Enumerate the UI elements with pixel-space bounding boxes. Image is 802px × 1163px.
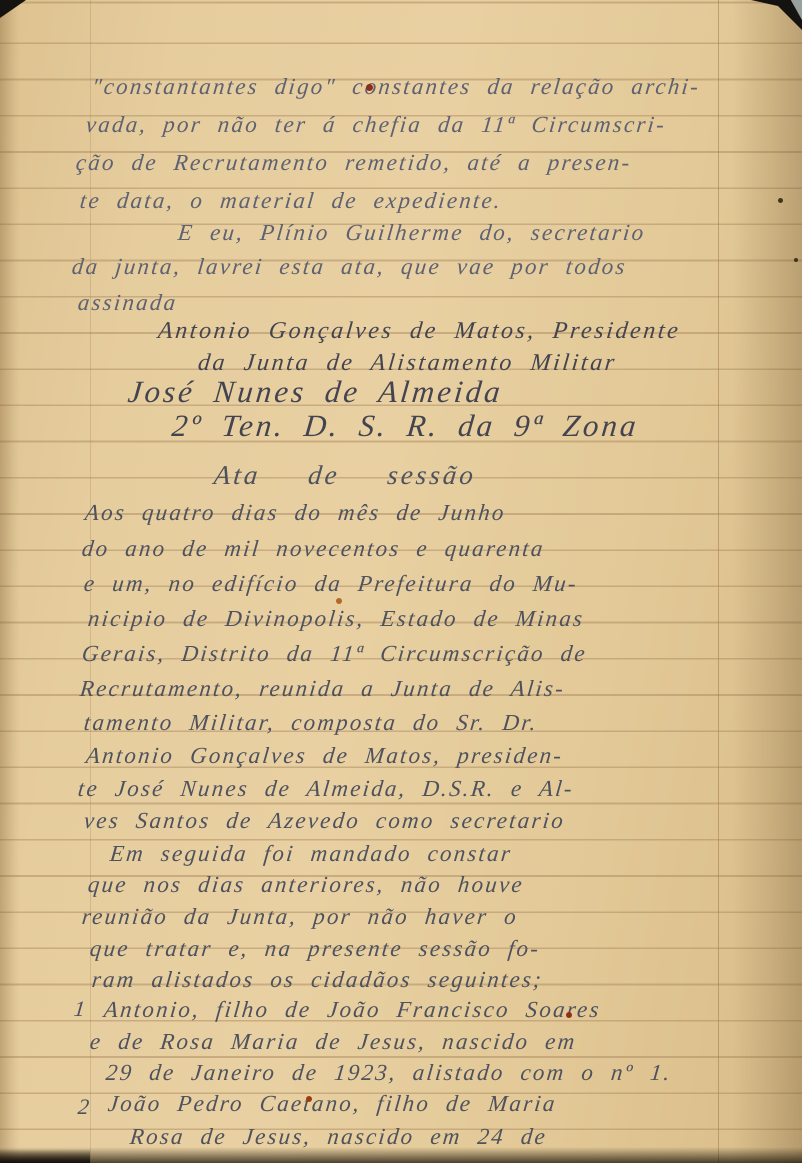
paper-stain (566, 1012, 572, 1018)
paper-stain (306, 1096, 312, 1102)
list-item-number: 1 (73, 996, 87, 1022)
manuscript-line: ção de Recrutamento remetido, até a pres… (75, 150, 633, 176)
signature-officer: José Nunes de Almeida (126, 374, 505, 410)
right-margin-rule (718, 0, 719, 1163)
list-item-number: 2 (77, 1094, 91, 1120)
list-item-line: João Pedro Caetano, filho de Maria (107, 1091, 558, 1117)
manuscript-line: Aos quatro dias do mês de Junho (84, 500, 507, 526)
manuscript-line: assinada (77, 290, 179, 316)
manuscript-line: "constantantes digo" constantes da relaç… (91, 74, 702, 100)
binding-edge (0, 0, 20, 1163)
manuscript-page: "constantantes digo" constantes da relaç… (0, 0, 802, 1163)
manuscript-line: E eu, Plínio Guilherme do, secretario (177, 220, 647, 246)
paper-stain (336, 598, 342, 604)
manuscript-line: reunião da Junta, por não haver o (81, 904, 520, 930)
manuscript-line: ram alistados os cidadãos seguintes; (91, 967, 545, 993)
manuscript-line: nicipio de Divinopolis, Estado de Minas (87, 606, 586, 632)
section-heading: Ata de sessão (212, 460, 477, 491)
list-item-line: Antonio, filho de João Francisco Soares (103, 997, 602, 1023)
manuscript-line: Recrutamento, reunida a Junta de Alis- (79, 676, 567, 702)
manuscript-line: e um, no edifício da Prefeitura do Mu- (83, 571, 580, 597)
signature-president-title: da Junta de Alistamento Militar (197, 350, 619, 377)
manuscript-line: tamento Militar, composta do Sr. Dr. (83, 710, 540, 736)
signature-president: Antonio Gonçalves de Matos, Presidente (157, 318, 682, 345)
manuscript-line: Em seguida foi mandado constar (109, 841, 514, 867)
manuscript-line: Gerais, Distrito da 11ª Circumscrição de (81, 641, 589, 667)
manuscript-line: vada, por não ter á chefia da 11ª Circum… (85, 112, 668, 138)
page-curvature-shadow (732, 0, 802, 1163)
list-item-line: e de Rosa Maria de Jesus, nascido em (89, 1029, 578, 1055)
bottom-shadow (0, 1147, 802, 1163)
ink-stain (366, 84, 373, 91)
scanned-document-photo: "constantantes digo" constantes da relaç… (0, 0, 802, 1163)
manuscript-line: ves Santos de Azevedo como secretario (83, 808, 567, 834)
list-item-line: 29 de Janeiro de 1923, alistado com o nº… (105, 1060, 673, 1086)
manuscript-line: que nos dias anteriores, não houve (87, 872, 526, 898)
manuscript-line: do ano de mil novecentos e quarenta (81, 536, 546, 562)
manuscript-line: da junta, lavrei esta ata, que vae por t… (71, 254, 628, 280)
manuscript-line: Antonio Gonçalves de Matos, presiden- (85, 743, 565, 769)
manuscript-line: te data, o material de expediente. (79, 188, 504, 214)
manuscript-line: te José Nunes de Almeida, D.S.R. e Al- (77, 776, 576, 802)
signature-officer-title: 2º Ten. D. S. R. da 9ª Zona (170, 408, 640, 444)
photo-corner-dark (0, 1149, 90, 1163)
manuscript-line: que tratar e, na presente sessão fo- (89, 936, 542, 962)
